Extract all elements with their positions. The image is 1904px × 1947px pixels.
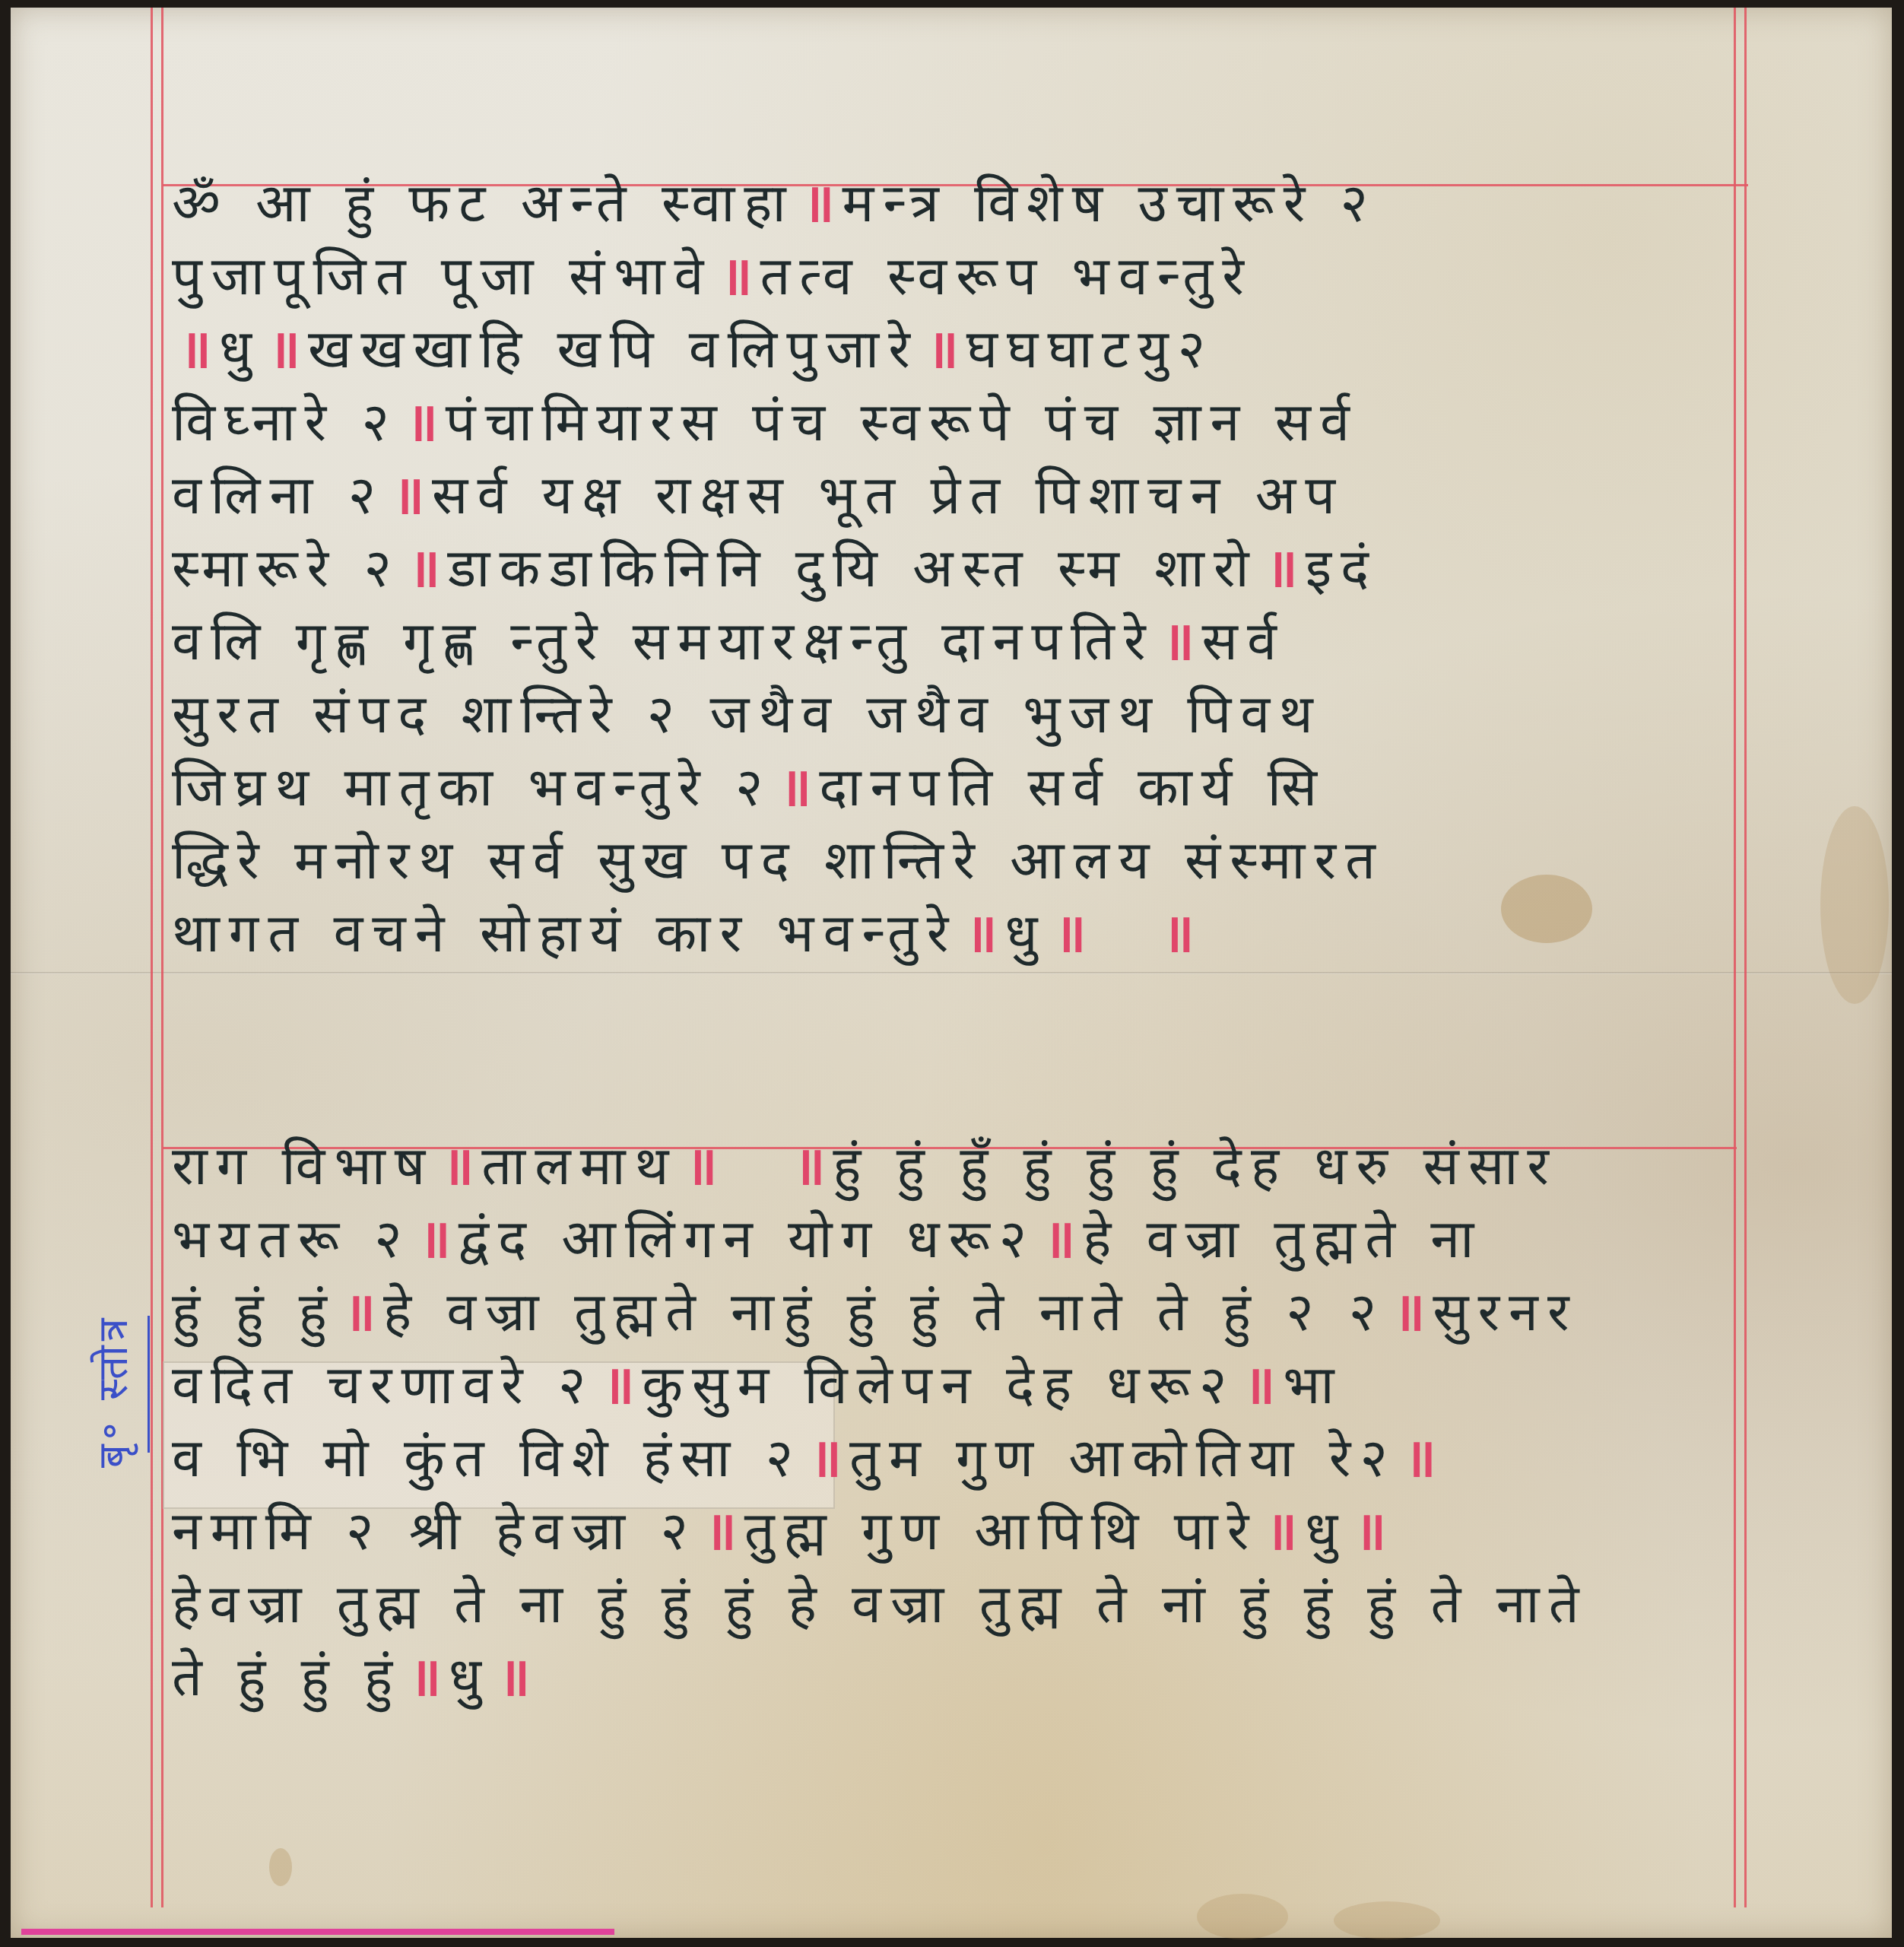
danda-mark: ॥: [1404, 1431, 1436, 1485]
danda-mark: ॥: [810, 1431, 842, 1485]
manuscript-line: जिघ्रथ मातृका भवन्तुरे २ ॥ दानपति सर्व क…: [172, 741, 1723, 814]
manuscript-line: व भि मो कुंत विशे हंसा २ ॥ तुम गुण आकोति…: [172, 1412, 1723, 1485]
paper-fold-crease: [11, 972, 1892, 974]
manuscript-line: पुजापूजित पूजा संभावे ॥ तत्व स्वरूप भवन्…: [172, 230, 1723, 303]
stain: [1820, 806, 1889, 1004]
manuscript-line: हेवज्रा तुह्म ते ना हुं हुं हुं हे वज्रा…: [172, 1558, 1723, 1631]
manuscript-line: ते हुं हुं हुं ॥ धु ॥: [172, 1631, 1723, 1704]
danda-mark: ॥: [409, 1650, 441, 1704]
danda-mark: ॥: [419, 1212, 451, 1266]
danda-mark: ॥: [720, 249, 752, 303]
manuscript-line: नमामि २ श्री हेवज्रा २ ॥ तुह्म गुण आपिथि…: [172, 1485, 1723, 1558]
danda-mark: ॥: [1265, 1504, 1297, 1558]
manuscript-line: वदित चरणावरे २ ॥ कुसुम विलेपन देह धरू२ ॥…: [172, 1339, 1723, 1412]
danda-mark: ॥: [442, 1139, 474, 1193]
left-margin-rule: [161, 8, 163, 1907]
danda-mark: ॥: [344, 1285, 376, 1339]
manuscript-line: हुं हुं हुं ॥ हे वज्रा तुह्मते नाहुं हुं…: [172, 1266, 1723, 1339]
text-block-2: राग विभाष ॥ तालमाथ ॥ ॥ हुं हुं हुँ हुं ह…: [172, 1120, 1723, 1704]
text-block-1: ॐ आ हुं फट अन्ते स्वाहा ॥ मन्त्र विशेष उ…: [172, 157, 1723, 960]
danda-mark: ॥: [1043, 1212, 1075, 1266]
danda-mark: ॥: [779, 761, 811, 814]
danda-mark: ॥: [1243, 1358, 1275, 1412]
manuscript-line: सुरत संपद शान्तिरे २ जथैव जथैव भुजथ पिवथ: [172, 668, 1723, 741]
manuscript-line: स्मारूरे २ ॥ डाकडाकिनिनि दुयि अस्त स्म श…: [172, 522, 1723, 595]
danda-mark: ॥: [268, 322, 300, 376]
right-margin-rule: [1744, 8, 1747, 1907]
right-margin-rule: [1734, 8, 1736, 1907]
danda-mark: ॥: [1393, 1285, 1425, 1339]
manuscript-line: विघ्नारे २ ॥ पंचामियारस पंच स्वरूपे पंच …: [172, 376, 1723, 449]
stain: [1334, 1901, 1440, 1939]
manuscript-line: राग विभाष ॥ तालमाथ ॥ ॥ हुं हुं हुँ हुं ह…: [172, 1120, 1723, 1193]
danda-mark: ॥: [705, 1504, 737, 1558]
danda-mark: ॥: [1266, 542, 1298, 595]
manuscript-page: बृ॰ स्तोत्र ॐ आ हुं फट अन्ते स्वाहा ॥ मन…: [11, 8, 1892, 1938]
manuscript-line: भयतरू २ ॥ द्वंद आलिंगन योग धरू२ ॥ हे वज्…: [172, 1193, 1723, 1266]
manuscript-line: वलि गृह्ण गृह्ण न्तुरे समयारक्षन्तु दानप…: [172, 595, 1723, 668]
manuscript-line: थागत वचने सोहायं कार भवन्तुरे ॥ धु ॥ ॥: [172, 887, 1723, 960]
danda-mark: ॥: [498, 1650, 530, 1704]
danda-mark: ॥: [602, 1358, 634, 1412]
manuscript-line: ॥ धु ॥ खखखाहि खपि वलिपुजारे ॥ घघघाटयु२: [172, 303, 1723, 376]
danda-mark: ॥: [685, 1139, 717, 1193]
danda-mark: ॥: [392, 468, 424, 522]
manuscript-line: ॐ आ हुं फट अन्ते स्वाहा ॥ मन्त्र विशेष उ…: [172, 157, 1723, 230]
stain: [269, 1848, 292, 1886]
danda-mark: ॥: [1163, 615, 1195, 668]
danda-mark: ॥: [406, 395, 438, 449]
danda-mark: ॥: [965, 907, 997, 960]
danda-mark: ॥: [408, 542, 440, 595]
danda-mark: ॥: [1162, 907, 1194, 960]
danda-mark: ॥: [179, 322, 211, 376]
danda-mark: ॥: [803, 176, 835, 230]
danda-mark: ॥: [1054, 907, 1086, 960]
manuscript-line: द्धिरे मनोरथ सर्व सुख पद शान्तिरे आलय सं…: [172, 814, 1723, 887]
left-margin-rule: [151, 8, 153, 1907]
pink-edge-mark: [21, 1929, 614, 1935]
manuscript-line: वलिना २ ॥ सर्व यक्ष राक्षस भूत प्रेत पिश…: [172, 449, 1723, 522]
danda-mark: ॥: [927, 322, 959, 376]
margin-annotation-stroke: [148, 1316, 150, 1453]
stain: [1197, 1894, 1288, 1939]
danda-mark: ॥: [1354, 1504, 1386, 1558]
danda-mark: ॥: [793, 1139, 825, 1193]
